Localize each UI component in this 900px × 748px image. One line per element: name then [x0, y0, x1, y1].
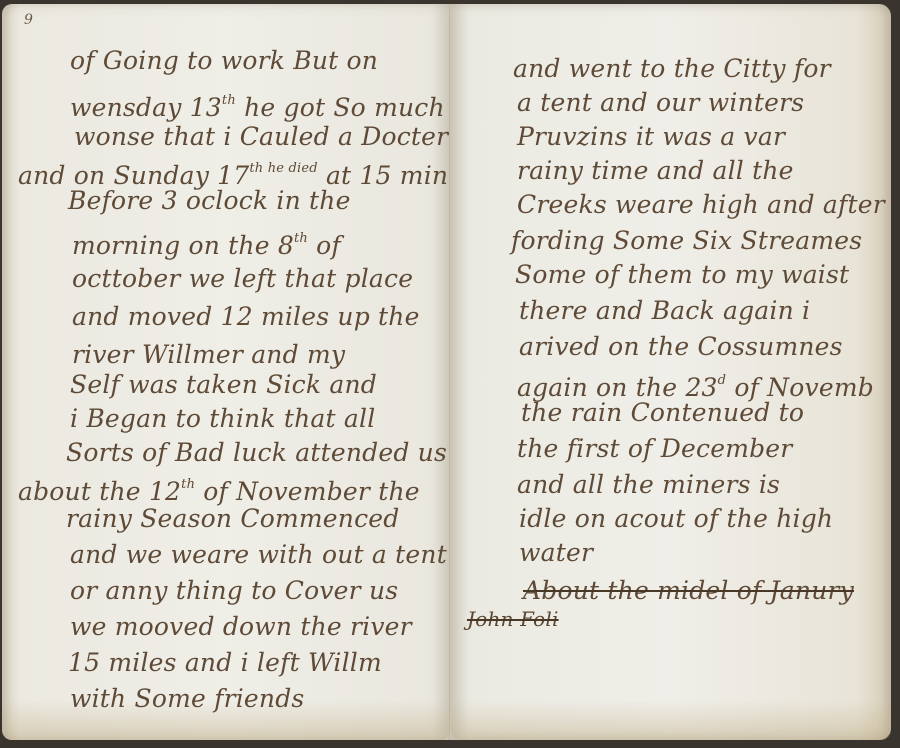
line-text: and went to the Citty for	[513, 54, 831, 83]
line-text: river Willmer and my	[72, 340, 345, 369]
handwritten-line: and moved 12 miles up the	[72, 302, 420, 332]
handwritten-line: we mooved down the river	[70, 612, 412, 642]
line-text: we mooved down the river	[70, 612, 412, 641]
handwritten-line: or anny thing to Cover us	[70, 576, 398, 606]
handwritten-line: Sorts of Bad luck attended us	[66, 438, 447, 468]
line-text: arived on the Cossumnes	[519, 332, 843, 361]
handwritten-line: Creeks weare high and after	[517, 190, 885, 220]
line-text: Some of them to my waist	[515, 260, 849, 289]
handwritten-line: wensday 13th he got So much	[70, 86, 445, 123]
handwritten-line: and all the miners is	[517, 470, 780, 500]
handwritten-line: Some of them to my waist	[515, 260, 849, 290]
handwritten-line: 15 miles and i left Willm	[68, 648, 382, 678]
handwritten-line: rainy time and all the	[517, 156, 794, 186]
line-text: of	[308, 231, 341, 260]
line-text: there and Back again i	[519, 296, 810, 325]
handwritten-line: morning on the 8th of	[72, 224, 341, 261]
line-text: rainy time and all the	[517, 156, 794, 185]
handwritten-line: the first of December	[517, 434, 792, 464]
line-text: of Going to work But on	[70, 46, 378, 75]
line-text: water	[519, 538, 593, 567]
line-text: a tent and our winters	[517, 88, 804, 117]
struck-through-line: About the midel of Janury	[523, 576, 854, 606]
handwritten-line: there and Back again i	[519, 296, 810, 326]
handwritten-line: Before 3 oclock in the	[68, 186, 351, 216]
superscript: th	[294, 231, 308, 246]
superscript: d	[718, 373, 727, 388]
line-text: wensday 13	[70, 93, 222, 122]
line-text: morning on the 8	[72, 231, 294, 260]
handwritten-line: the rain Contenued to	[521, 398, 804, 428]
line-text: and all the miners is	[517, 470, 780, 499]
handwritten-line: wonse that i Cauled a Docter	[74, 122, 448, 152]
handwritten-line: Self was taken Sick and	[70, 370, 377, 400]
line-text: Sorts of Bad luck attended us	[66, 438, 447, 467]
line-text: wonse that i Cauled a Docter	[74, 122, 448, 151]
line-text: fording Some Six Streames	[511, 226, 862, 255]
handwritten-line: octtober we left that place	[72, 264, 413, 294]
handwritten-line: arived on the Cossumnes	[519, 332, 843, 362]
handwritten-line: water	[519, 538, 593, 568]
superscript: th	[181, 477, 195, 492]
line-text: the first of December	[517, 434, 792, 463]
handwritten-line: rainy Season Commenced	[66, 504, 399, 534]
right-page: and went to the Citty fora tent and our …	[451, 4, 891, 740]
handwritten-line: about the 12th of November the	[18, 470, 420, 507]
open-notebook: 9 of Going to work But onwensday 13th he…	[0, 0, 900, 748]
line-text: with Some friends	[70, 684, 304, 713]
line-text: about the 12	[18, 477, 181, 506]
line-text: Before 3 oclock in the	[68, 186, 351, 215]
line-text: the rain Contenued to	[521, 398, 804, 427]
line-text: or anny thing to Cover us	[70, 576, 398, 605]
handwritten-line: with Some friends	[70, 684, 304, 714]
line-text: Self was taken Sick and	[70, 370, 377, 399]
line-text: idle on acout of the high	[519, 504, 833, 533]
line-text: rainy Season Commenced	[66, 504, 399, 533]
line-text: Creeks weare high and after	[517, 190, 885, 219]
superscript: th	[222, 93, 236, 108]
superscript: th he died	[249, 161, 317, 176]
line-text: i Began to think that all	[70, 404, 375, 433]
line-text: he got So much	[236, 93, 445, 122]
line-text: and we weare with out a tent	[70, 540, 447, 569]
handwritten-line: a tent and our winters	[517, 88, 804, 118]
line-text: and moved 12 miles up the	[72, 302, 420, 331]
handwritten-line: river Willmer and my	[72, 340, 345, 370]
line-text: 15 miles and i left Willm	[68, 648, 382, 677]
handwritten-line: idle on acout of the high	[519, 504, 833, 534]
line-text: Pruvzins it was a var	[517, 122, 785, 151]
handwritten-line: fording Some Six Streames	[511, 226, 862, 256]
struck-signature: John Foli	[467, 604, 559, 634]
handwritten-line: of Going to work But on	[70, 46, 378, 76]
handwritten-line: and we weare with out a tent	[70, 540, 447, 570]
left-page-text: of Going to work But onwensday 13th he g…	[2, 4, 450, 740]
line-text: of November the	[195, 477, 420, 506]
handwritten-line: Pruvzins it was a var	[517, 122, 785, 152]
handwritten-line: i Began to think that all	[70, 404, 375, 434]
line-text: octtober we left that place	[72, 264, 413, 293]
left-page: 9 of Going to work But onwensday 13th he…	[2, 4, 450, 740]
handwritten-line: and went to the Citty for	[513, 54, 831, 84]
